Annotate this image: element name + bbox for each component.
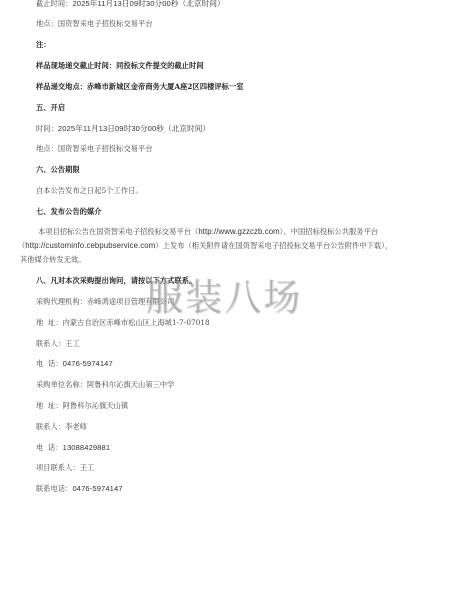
- buyer-contact-line: 联系人：李老师: [36, 422, 87, 432]
- buyer-address-line: 地 址：阿鲁科尔沁旗天山镇: [36, 401, 128, 411]
- media-text-1a: 本项目招标公告在国资智采电子招投标交易平台（: [38, 227, 198, 236]
- section6-heading: 六、公告期限: [36, 165, 80, 175]
- opening-time-value: 2025年11月13日09时30分00秒（北京时间）: [58, 124, 210, 133]
- opening-location-value: 国资智采电子招投标交易平台: [58, 144, 153, 153]
- buyer-contact-label: 联系人：: [36, 422, 65, 431]
- sample-location-line: 样品递交地点：赤峰市新城区金帝商务大厦A座2区四楼评标一室: [36, 82, 244, 92]
- buyer-phone-line: 电 话：13088429881: [36, 443, 110, 453]
- buyer-line: 采购单位名称：阿鲁科尔沁旗天山第三中学: [36, 380, 174, 390]
- section8-heading: 八、凡对本次采购提出询问，请按以下方式联系。: [36, 276, 196, 286]
- buyer-phone-label: 电 话：: [36, 443, 63, 452]
- opening-time-line: 时间：2025年11月13日09时30分00秒（北京时间）: [36, 124, 210, 134]
- buyer-label: 采购单位名称：: [36, 380, 87, 389]
- deadline-value: 2025年11月13日09时30分00秒（北京时间）: [72, 0, 224, 8]
- media-para-line-2: （http://custominfo.cebpubservice.com）上发布…: [18, 241, 392, 251]
- agency-label: 采购代理机构：: [36, 297, 87, 306]
- opening-time-label: 时间：: [36, 124, 58, 133]
- cebpubservice-link[interactable]: http://custominfo.cebpubservice.com: [25, 241, 155, 250]
- buyer-phone-value: 13088429881: [63, 443, 111, 452]
- agency-phone-line: 电 话：0476-5974147: [36, 359, 113, 369]
- project-contact-line: 项目联系人：王工: [36, 463, 94, 473]
- buyer-address-value: 阿鲁科尔沁旗天山镇: [63, 401, 129, 410]
- media-para-line-3: 其他媒介转发无效。: [20, 255, 86, 265]
- agency-line: 采购代理机构：赤峰鸿途项目管理有限公司: [36, 297, 174, 307]
- agency-contact-value: 王工: [65, 339, 80, 348]
- buyer-value: 阿鲁科尔沁旗天山第三中学: [87, 380, 174, 389]
- agency-contact-line: 联系人：王工: [36, 339, 80, 349]
- project-contact-value: 王工: [80, 463, 95, 472]
- media-text-2b: ）上发布（相关附件请在国资智采电子招投标交易平台公告附件中下载），: [155, 241, 392, 250]
- section7-heading: 七、发布公告的媒介: [36, 207, 102, 217]
- document-page: 截止时间：2025年11月13日09时30分00秒（北京时间） 地点：国资智采电…: [0, 0, 450, 600]
- note-label: 注：: [36, 40, 51, 50]
- project-phone-label: 联系电话：: [36, 484, 72, 493]
- agency-value: 赤峰鸿途项目管理有限公司: [87, 297, 174, 306]
- media-para-line-1: 本项目招标公告在国资智采电子招投标交易平台（http://www.gzzczb.…: [38, 227, 378, 237]
- sample-deadline-line: 样品现场递交截止时间：同投标文件提交的截止时间: [36, 61, 204, 71]
- opening-location-line: 地点：国资智采电子招投标交易平台: [36, 144, 153, 154]
- section5-heading: 五、开启: [36, 103, 65, 113]
- location-label: 地点：: [36, 19, 58, 28]
- location-line: 地点：国资智采电子招投标交易平台: [36, 19, 153, 29]
- agency-address-line: 地 址：内蒙古自治区赤峰市松山区上海城1-7-07018: [36, 318, 210, 328]
- gzzczb-link[interactable]: http://www.gzzczb.com: [198, 227, 279, 236]
- agency-contact-label: 联系人：: [36, 339, 65, 348]
- deadline-line: 截止时间：2025年11月13日09时30分00秒（北京时间）: [36, 0, 225, 9]
- opening-location-label: 地点：: [36, 144, 58, 153]
- buyer-address-label: 地 址：: [36, 401, 63, 410]
- buyer-contact-value: 李老师: [65, 422, 87, 431]
- project-contact-label: 项目联系人：: [36, 463, 80, 472]
- location-value: 国资智采电子招投标交易平台: [58, 19, 153, 28]
- agency-phone-label: 电 话：: [36, 359, 63, 368]
- project-phone-line: 联系电话：0476-5974147: [36, 484, 123, 494]
- project-phone-value: 0476-5974147: [72, 484, 122, 493]
- deadline-label: 截止时间：: [36, 0, 72, 8]
- notice-period-text: 自本公告发布之日起5个工作日。: [36, 186, 143, 196]
- agency-address-value: 内蒙古自治区赤峰市松山区上海城1-7-07018: [63, 318, 210, 327]
- agency-phone-value: 0476-5974147: [63, 359, 113, 368]
- media-text-1b: ）、中国招标投标公共服务平台: [280, 227, 378, 236]
- agency-address-label: 地 址：: [36, 318, 63, 327]
